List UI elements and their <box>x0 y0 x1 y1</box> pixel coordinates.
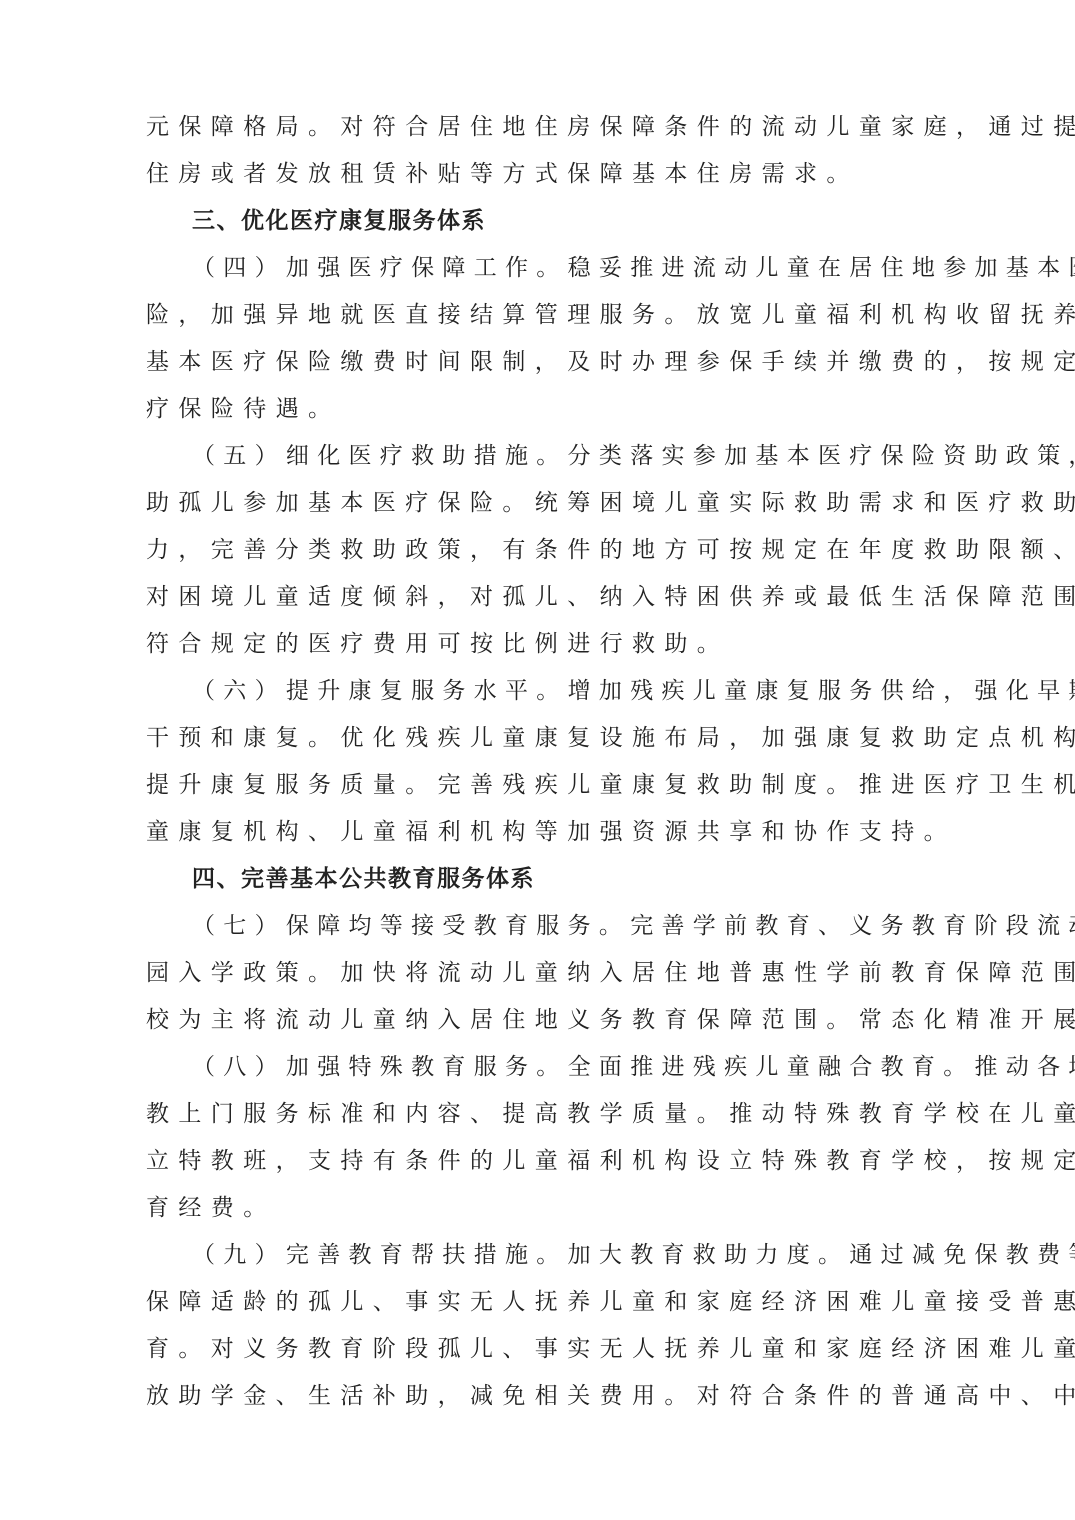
text-line: 育。对义务教育阶段孤儿、事实无人抚养儿童和家庭经济困难儿童，按规定发 <box>146 1326 934 1373</box>
paragraph-5: （五）细化医疗救助措施。分类落实参加基本医疗保险资助政策，全额资 助孤儿参加基本… <box>146 433 934 668</box>
text-line: （七）保障均等接受教育服务。完善学前教育、义务教育阶段流动儿童入 <box>146 903 934 950</box>
text-line: 干预和康复。优化残疾儿童康复设施布局，加强康复救助定点机构管理，保障 <box>146 715 934 762</box>
text-line: （六）提升康复服务水平。增加残疾儿童康复服务供给，强化早期筛查、 <box>146 668 934 715</box>
text-line: 基本医疗保险缴费时间限制，及时办理参保手续并缴费的，按规定享受基本医 <box>146 339 934 386</box>
text-line: 教上门服务标准和内容、提高教学质量。推动特殊教育学校在儿童福利机构设 <box>146 1091 934 1138</box>
text-line: 住房或者发放租赁补贴等方式保障基本住房需求。 <box>146 151 934 198</box>
text-line: 校为主将流动儿童纳入居住地义务教育保障范围。常态化精准开展控辍保学。 <box>146 997 934 1044</box>
text-line: 立特教班，支持有条件的儿童福利机构设立特殊教育学校，按规定落实特殊教 <box>146 1138 934 1185</box>
text-line: 童康复机构、儿童福利机构等加强资源共享和协作支持。 <box>146 809 934 856</box>
text-line: 提升康复服务质量。完善残疾儿童康复救助制度。推进医疗卫生机构、残疾儿 <box>146 762 934 809</box>
paragraph-housing-continued: 元保障格局。对符合居住地住房保障条件的流动儿童家庭，通过提供公共租赁 住房或者发… <box>146 104 934 198</box>
section-heading-4: 四、完善基本公共教育服务体系 <box>146 856 934 903</box>
text-line: 助孤儿参加基本医疗保险。统筹困境儿童实际救助需求和医疗救助基金支撑能 <box>146 480 934 527</box>
text-line: 疗保险待遇。 <box>146 386 934 433</box>
paragraph-9: （九）完善教育帮扶措施。加大教育救助力度。通过减免保教费等方式， 保障适龄的孤儿… <box>146 1232 934 1420</box>
text-line: 符合规定的医疗费用可按比例进行救助。 <box>146 621 934 668</box>
paragraph-8: （八）加强特殊教育服务。全面推进残疾儿童融合教育。推动各地规范送 教上门服务标准… <box>146 1044 934 1232</box>
section-heading-3: 三、优化医疗康复服务体系 <box>146 198 934 245</box>
document-page: 元保障格局。对符合居住地住房保障条件的流动儿童家庭，通过提供公共租赁 住房或者发… <box>146 104 934 1420</box>
text-line: 放助学金、生活补助，减免相关费用。对符合条件的普通高中、中等职业学校 <box>146 1373 934 1420</box>
text-line: 元保障格局。对符合居住地住房保障条件的流动儿童家庭，通过提供公共租赁 <box>146 104 934 151</box>
paragraph-4: （四）加强医疗保障工作。稳妥推进流动儿童在居住地参加基本医疗保 险，加强异地就医… <box>146 245 934 433</box>
text-line: （四）加强医疗保障工作。稳妥推进流动儿童在居住地参加基本医疗保 <box>146 245 934 292</box>
paragraph-7: （七）保障均等接受教育服务。完善学前教育、义务教育阶段流动儿童入 园入学政策。加… <box>146 903 934 1044</box>
paragraph-6: （六）提升康复服务水平。增加残疾儿童康复服务供给，强化早期筛查、 干预和康复。优… <box>146 668 934 856</box>
text-line: 力，完善分类救助政策，有条件的地方可按规定在年度救助限额、救助比例上 <box>146 527 934 574</box>
text-line: （八）加强特殊教育服务。全面推进残疾儿童融合教育。推动各地规范送 <box>146 1044 934 1091</box>
text-line: 险，加强异地就医直接结算管理服务。放宽儿童福利机构收留抚养的儿童参加 <box>146 292 934 339</box>
text-line: 育经费。 <box>146 1185 934 1232</box>
text-line: 对困境儿童适度倾斜，对孤儿、纳入特困供养或最低生活保障范围的困境儿童 <box>146 574 934 621</box>
text-line: （九）完善教育帮扶措施。加大教育救助力度。通过减免保教费等方式， <box>146 1232 934 1279</box>
text-line: （五）细化医疗救助措施。分类落实参加基本医疗保险资助政策，全额资 <box>146 433 934 480</box>
text-line: 保障适龄的孤儿、事实无人抚养儿童和家庭经济困难儿童接受普惠性学前教 <box>146 1279 934 1326</box>
text-line: 园入学政策。加快将流动儿童纳入居住地普惠性学前教育保障范围。以公办学 <box>146 950 934 997</box>
